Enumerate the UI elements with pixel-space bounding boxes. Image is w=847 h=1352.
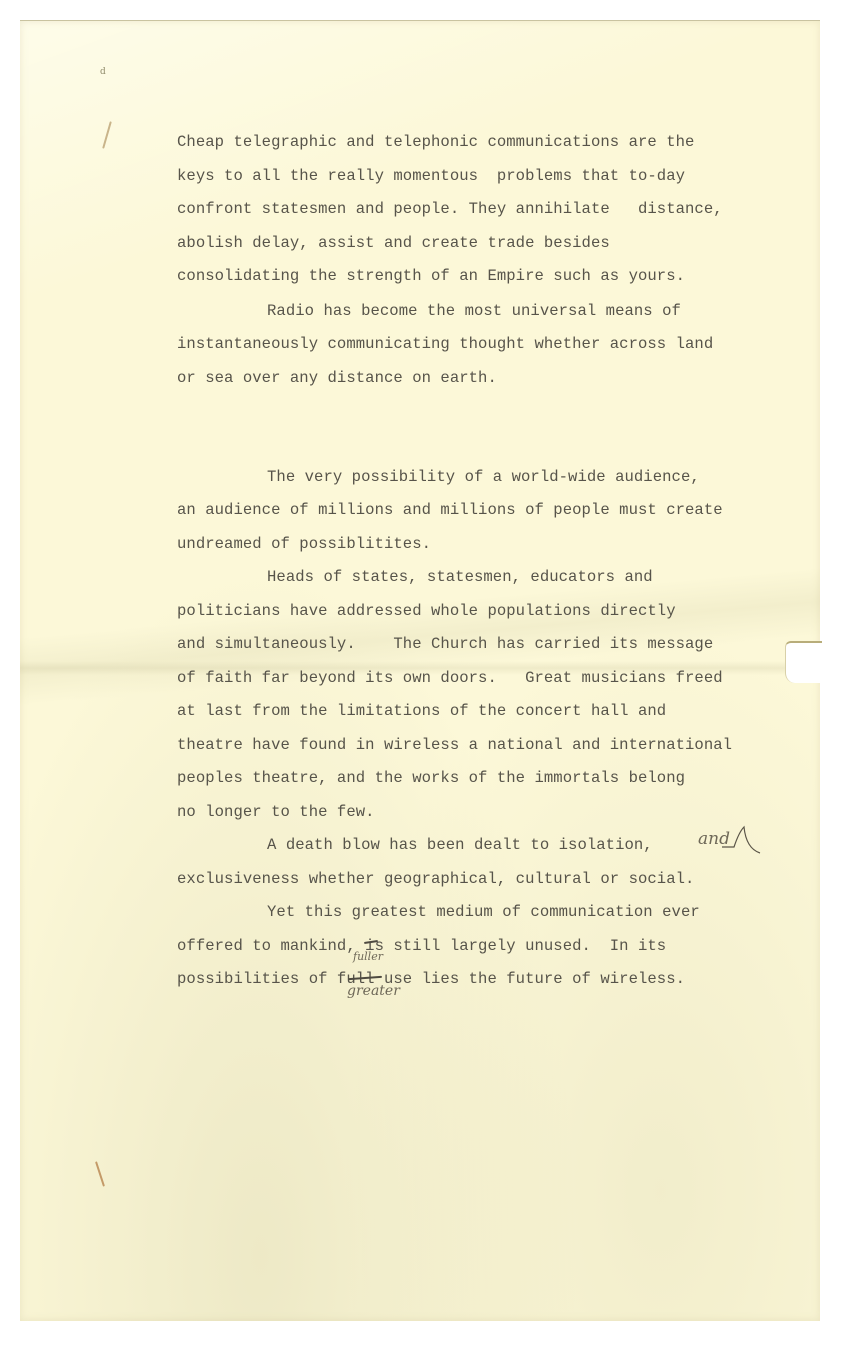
paper-stain-mark: [102, 121, 112, 148]
text-line: an audience of millions and millions of …: [177, 500, 723, 520]
text-line: or sea over any distance on earth.: [177, 368, 497, 388]
text-line: undreamed of possiblitites.: [177, 534, 431, 554]
text-line: keys to all the really momentous problem…: [177, 166, 685, 186]
text-line: theatre have found in wireless a nationa…: [177, 735, 732, 755]
handwritten-insertion-greater: greater: [347, 983, 400, 999]
torn-edge: [785, 641, 822, 683]
paragraph-first-line: The very possibility of a world-wide aud…: [267, 467, 700, 487]
text-line: no longer to the few.: [177, 802, 375, 822]
text-line: politicians have addressed whole populat…: [177, 601, 676, 621]
text-line: confront statesmen and people. They anni…: [177, 199, 723, 219]
text-line: peoples theatre, and the works of the im…: [177, 768, 685, 788]
text-line: of faith far beyond its own doors. Great…: [177, 668, 723, 688]
paragraph-first-line: A death blow has been dealt to isolation…: [267, 835, 653, 855]
text-line: instantaneously communicating thought wh…: [177, 334, 713, 354]
paragraph-first-line: Heads of states, statesmen, educators an…: [267, 567, 653, 587]
handwritten-insertion-fuller: fuller: [353, 950, 383, 963]
text-line: offered to mankind, is still largely unu…: [177, 936, 666, 956]
handwritten-flourish: [720, 825, 762, 857]
text-line: and simultaneously. The Church has carri…: [177, 634, 713, 654]
text-line: Cheap telegraphic and telephonic communi…: [177, 132, 694, 152]
text-line: abolish delay, assist and create trade b…: [177, 233, 610, 253]
corner-pencil-mark: d: [100, 67, 106, 77]
text-line: possibilities of full use lies the futur…: [177, 969, 685, 989]
paragraph-first-line: Yet this greatest medium of communicatio…: [267, 902, 700, 922]
paragraph-first-line: Radio has become the most universal mean…: [267, 301, 681, 321]
text-line: consolidating the strength of an Empire …: [177, 266, 685, 286]
manuscript-page: d Cheap telegraphic and telephonic commu…: [20, 20, 820, 1321]
text-line: exclusiveness whether geographical, cult…: [177, 869, 694, 889]
text-line: at last from the limitations of the conc…: [177, 701, 666, 721]
paper-stain-mark: [95, 1161, 105, 1186]
